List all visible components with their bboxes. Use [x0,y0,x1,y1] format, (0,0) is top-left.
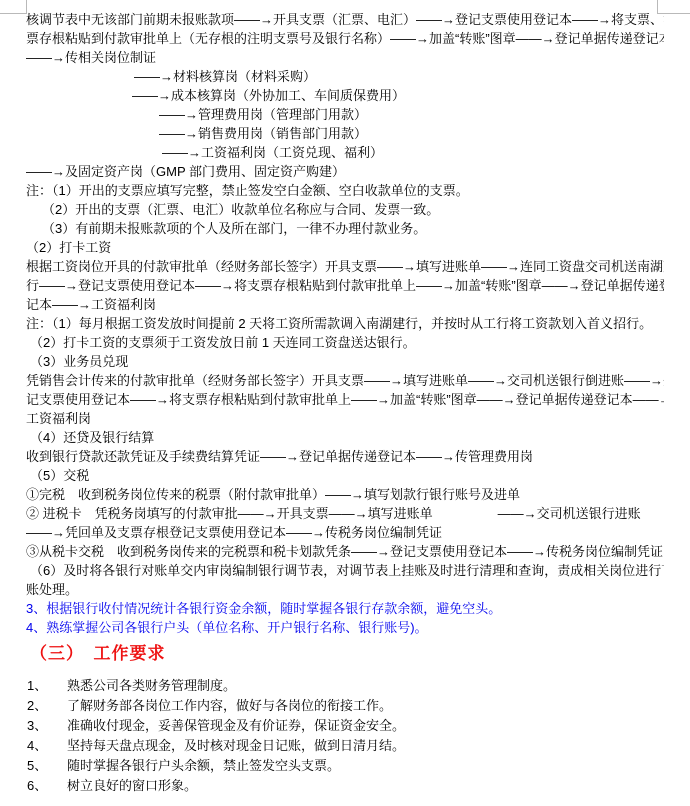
workflow-line: ——→传相关岗位制证 [26,48,664,67]
workflow-line: （2）开出的支票（汇票、电汇）收款单位名称应与合同、发票一致。 [26,200,664,219]
workflow-line: ——→销售费用岗（销售部门用款） [26,124,664,143]
workflow-line: 注：（1）每月根据工资发放时间提前 2 天将工资所需款调入南湖建行，并按时从工行… [26,314,664,333]
workflow-line: （3）业务员兑现 [26,352,664,371]
workflow-line: ①完税 收到税务岗位传来的税票（附付款审批单）——→填写划款行银行账号及进单 [26,485,664,504]
document-page: 核调节表中无该部门前期未报账款项——→开具支票（汇票、电汇）——→登记支票使用登… [0,0,690,806]
workflow-line: 根据工资岗位开具的付款审批单（经财务部长签字）开具支票——→填写进账单——→连同… [26,257,664,276]
margin-mark-top-left [0,0,27,14]
workflow-line: 注：（1）开出的支票应填写完整，禁止签发空白金额、空白收款单位的支票。 [26,181,664,200]
workflow-line: 核调节表中无该部门前期未报账款项——→开具支票（汇票、电汇）——→登记支票使用登… [26,10,664,29]
duty-note-line: 4、熟练掌握公司各银行户头（单位名称、开户银行名称、银行账号)。 [26,618,664,637]
requirement-text: 了解财务部各岗位工作内容，做好与各岗位的衔接工作。 [67,696,690,716]
requirement-number: 5、 [27,756,67,776]
workflow-line: ——→工资福利岗（工资兑现、福利） [26,143,664,162]
workflow-line: 记支票使用登记本——→将支票存根粘贴到付款审批单上——→加盖“转账”图章——→登… [26,390,664,409]
requirement-item: 3、准确收付现金，妥善保管现金及有价证券，保证资金安全。 [27,716,690,736]
requirement-text: 熟悉公司各类财务管理制度。 [67,676,690,696]
workflow-line: （2）打卡工资 [26,238,664,257]
workflow-line: 工资福利岗 [26,409,664,428]
workflow-line: （3）有前期未报账款项的个人及所在部门，一律不办理付款业务。 [26,219,664,238]
requirement-item: 1、熟悉公司各类财务管理制度。 [27,676,690,696]
workflow-line: ——→凭回单及支票存根登记支票使用登记本——→传税务岗位编制凭证 [26,523,664,542]
requirement-item: 6、树立良好的窗口形象。 [27,776,690,796]
workflow-line: ——→材料核算岗（材料采购） [26,67,664,86]
requirement-number: 4、 [27,736,67,756]
workflow-line: ③从税卡交税 收到税务岗传来的完税票和税卡划款凭条——→登记支票使用登记本——→… [26,542,664,561]
workflow-line: ——→及固定资产岗（GMP 部门费用、固定资产购建） [26,162,664,181]
workflow-line: （4）还贷及银行结算 [26,428,664,447]
workflow-line: ② 进税卡 凭税务岗填写的付款审批——→开具支票——→填写进账单 ——→交司机送… [26,504,664,523]
requirement-text: 树立良好的窗口形象。 [67,776,690,796]
requirement-number: 2、 [27,696,67,716]
requirement-text: 坚持每天盘点现金，及时核对现金日记账，做到日清月结。 [67,736,690,756]
workflow-line: 凭销售会计传来的付款审批单（经财务部长签字）开具支票——→填写进账单——→交司机… [26,371,664,390]
workflow-line: ——→成本核算岗（外协加工、车间质保费用） [26,86,664,105]
workflow-line: ——→管理费用岗（管理部门用款） [26,105,664,124]
margin-mark-top-right [657,0,690,14]
requirements-list: 1、熟悉公司各类财务管理制度。2、了解财务部各岗位工作内容，做好与各岗位的衔接工… [27,676,690,796]
requirement-item: 2、了解财务部各岗位工作内容，做好与各岗位的衔接工作。 [27,696,690,716]
workflow-line: 票存根粘贴到付款审批单上（无存根的注明支票号及银行名称）——→加盖“转账”图章—… [26,29,664,48]
workflow-line: 行——→登记支票使用登记本——→将支票存根粘贴到付款审批单上——→加盖“转账”图… [26,276,664,295]
workflow-line: （5）交税 [26,466,664,485]
requirement-number: 3、 [27,716,67,736]
document-body: 核调节表中无该部门前期未报账款项——→开具支票（汇票、电汇）——→登记支票使用登… [0,0,690,637]
workflow-line: 账处理。 [26,580,664,599]
workflow-line: 记本——→工资福利岗 [26,295,664,314]
requirement-item: 4、坚持每天盘点现金，及时核对现金日记账，做到日清月结。 [27,736,690,756]
duty-note-line: 3、根据银行收付情况统计各银行资金余额，随时掌握各银行存款余额，避免空头。 [26,599,664,618]
requirement-item: 5、随时掌握各银行户头余额，禁止签发空头支票。 [27,756,690,776]
section-heading: （三） 工作要求 [30,642,690,666]
workflow-line: （6）及时将各银行对账单交内审岗编制银行调节表，对调节表上挂账及时进行清理和查询… [26,561,664,580]
requirement-text: 准确收付现金，妥善保管现金及有价证券，保证资金安全。 [67,716,690,736]
requirement-text: 随时掌握各银行户头余额，禁止签发空头支票。 [67,756,690,776]
requirement-number: 6、 [27,776,67,796]
workflow-line: 收到银行贷款还款凭证及手续费结算凭证——→登记单据传递登记本——→传管理费用岗 [26,447,664,466]
workflow-line: （2）打卡工资的支票须于工资发放日前 1 天连同工资盘送达银行。 [26,333,664,352]
requirement-number: 1、 [27,676,67,696]
